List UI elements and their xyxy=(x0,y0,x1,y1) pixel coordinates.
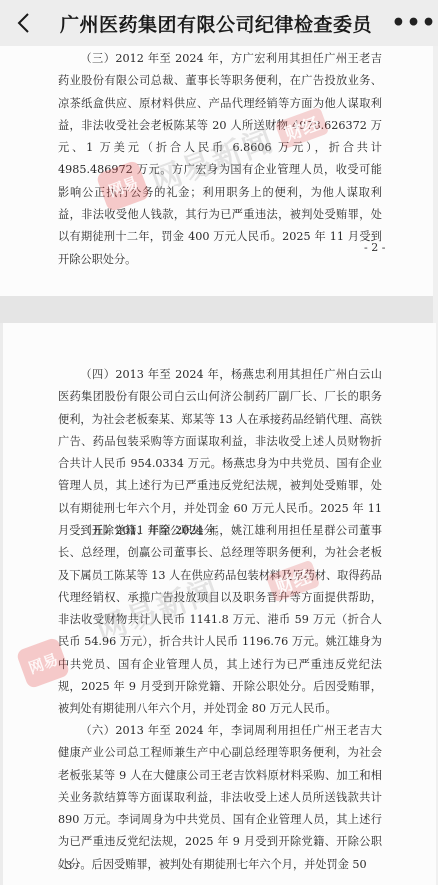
page-number: - 3 - xyxy=(58,859,79,872)
page-number: - 2 - xyxy=(364,241,385,254)
document-page-2: （三）2012 年至 2024 年，方广宏利用其担任广州王老吉药业股份有限公司总… xyxy=(0,46,433,296)
paragraph-section-4: （四）2013 年至 2024 年，杨燕忠利用其担任广州白云山医药集团股份有限公… xyxy=(58,364,382,542)
top-nav-bar: 广州医药集团有限公司纪律检查委员 ••• xyxy=(0,0,438,46)
more-options-button[interactable]: ••• xyxy=(390,0,438,46)
page-separator xyxy=(0,296,433,324)
more-horizontal-icon: ••• xyxy=(391,10,436,36)
paragraph-section-6: （六）2013 年至 2024 年，李词周利用担任广州王老吉大健康产业公司总工程… xyxy=(58,720,382,876)
back-button[interactable] xyxy=(0,0,46,46)
document-page-3: （四）2013 年至 2024 年，杨燕忠利用其担任广州白云山医药集团股份有限公… xyxy=(0,323,436,885)
chevron-left-icon xyxy=(16,12,30,34)
page-title: 广州医药集团有限公司纪律检查委员 xyxy=(46,10,390,37)
